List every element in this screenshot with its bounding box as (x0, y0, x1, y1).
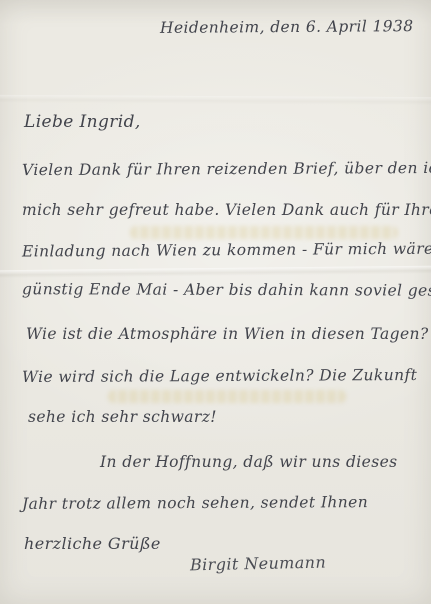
paper-crease (0, 266, 431, 279)
letter-line: günstig Ende Mai - Aber bis dahin kann s… (22, 280, 431, 300)
letter-line: Einladung nach Wien zu kommen - Für mich… (22, 239, 431, 260)
letter-line: sehe ich sehr schwarz! (28, 408, 217, 426)
letter-line: Wie wird sich die Lage entwickeln? Die Z… (22, 366, 417, 386)
letter-signature: Birgit Neumann (190, 553, 326, 575)
letter-line: mich sehr gefreut habe. Vielen Dank auch… (22, 201, 431, 219)
letter-line: Vielen Dank für Ihren reizenden Brief, ü… (22, 159, 431, 179)
letter-line: Wie ist die Atmosphäre in Wien in diesen… (26, 325, 429, 343)
letter-salutation: Liebe Ingrid, (24, 112, 141, 132)
letter-line: Jahr trotz allem noch sehen, sendet Ihne… (22, 493, 368, 513)
watermark-stain (130, 226, 398, 239)
paper-crease (0, 95, 431, 105)
letter-closing: herzliche Grüße (24, 534, 161, 553)
letter-page: Heidenheim, den 6. April 1938 Liebe Ingr… (0, 0, 431, 604)
letter-dateline: Heidenheim, den 6. April 1938 (160, 17, 414, 37)
letter-line: In der Hoffnung, daß wir uns dieses (100, 453, 398, 471)
watermark-stain (108, 390, 346, 403)
